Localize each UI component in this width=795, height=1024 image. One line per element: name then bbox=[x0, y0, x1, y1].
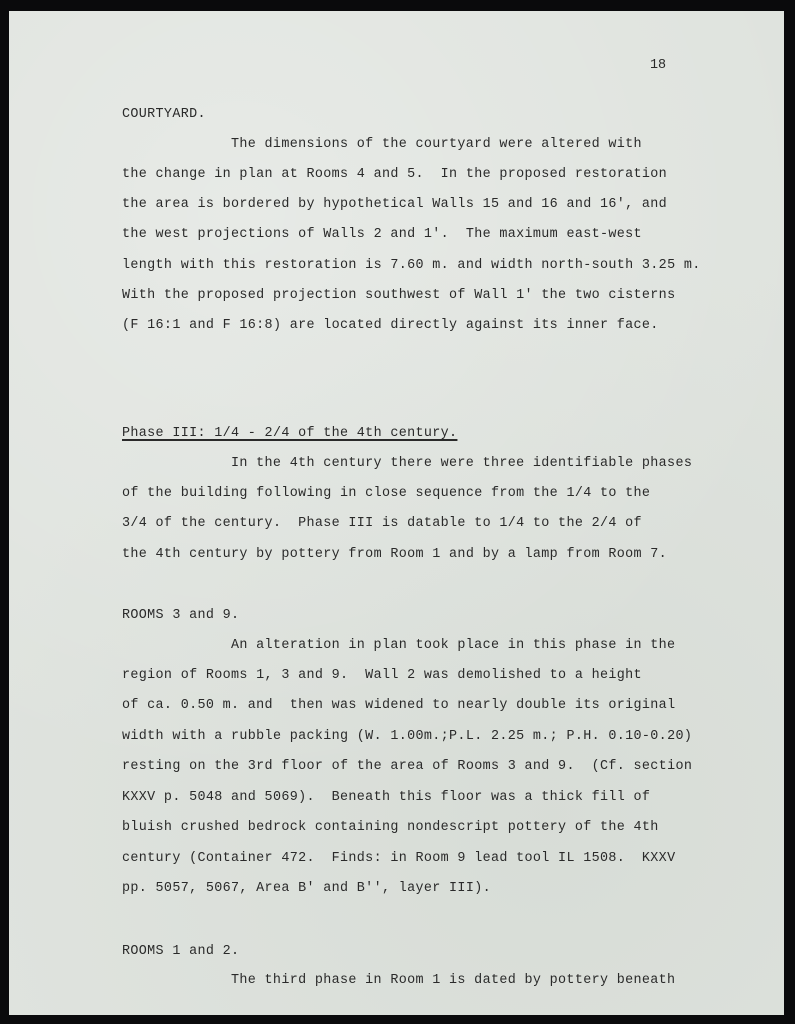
paragraph-line: With the proposed projection southwest o… bbox=[122, 288, 675, 304]
section-heading-rooms-3-9: ROOMS 3 and 9. bbox=[122, 608, 239, 624]
paragraph-line: (F 16:1 and F 16:8) are located directly… bbox=[122, 318, 659, 334]
paragraph-line: The dimensions of the courtyard were alt… bbox=[231, 137, 642, 153]
section-heading-rooms-1-2: ROOMS 1 and 2. bbox=[122, 944, 239, 960]
paragraph-line: width with a rubble packing (W. 1.00m.;P… bbox=[122, 729, 692, 745]
page-number: 18 bbox=[650, 58, 666, 73]
paragraph-line: pp. 5057, 5067, Area B' and B'', layer I… bbox=[122, 881, 491, 897]
paragraph-line: An alteration in plan took place in this… bbox=[231, 638, 675, 654]
paragraph-line: the change in plan at Rooms 4 and 5. In … bbox=[122, 167, 667, 183]
section-heading-phase-iii: Phase III: 1/4 - 2/4 of the 4th century. bbox=[122, 426, 457, 442]
paragraph-line: the west projections of Walls 2 and 1'. … bbox=[122, 227, 642, 243]
paragraph-line: of ca. 0.50 m. and then was widened to n… bbox=[122, 698, 675, 714]
paragraph-line: KXXV p. 5048 and 5069). Beneath this flo… bbox=[122, 790, 650, 806]
document-page: 18 COURTYARD. The dimensions of the cour… bbox=[9, 11, 784, 1015]
paragraph-line: In the 4th century there were three iden… bbox=[231, 456, 692, 472]
section-heading-courtyard: COURTYARD. bbox=[122, 107, 206, 123]
paragraph-line: of the building following in close seque… bbox=[122, 486, 650, 502]
paragraph-line: the area is bordered by hypothetical Wal… bbox=[122, 197, 667, 213]
paragraph-line: length with this restoration is 7.60 m. … bbox=[122, 258, 701, 274]
paragraph-line: bluish crushed bedrock containing nondes… bbox=[122, 820, 659, 836]
paragraph-line: resting on the 3rd floor of the area of … bbox=[122, 759, 692, 775]
paragraph-line: The third phase in Room 1 is dated by po… bbox=[231, 973, 675, 989]
paragraph-line: century (Container 472. Finds: in Room 9… bbox=[122, 851, 675, 867]
paragraph-line: 3/4 of the century. Phase III is datable… bbox=[122, 516, 642, 532]
paragraph-line: region of Rooms 1, 3 and 9. Wall 2 was d… bbox=[122, 668, 642, 684]
paragraph-line: the 4th century by pottery from Room 1 a… bbox=[122, 547, 667, 563]
